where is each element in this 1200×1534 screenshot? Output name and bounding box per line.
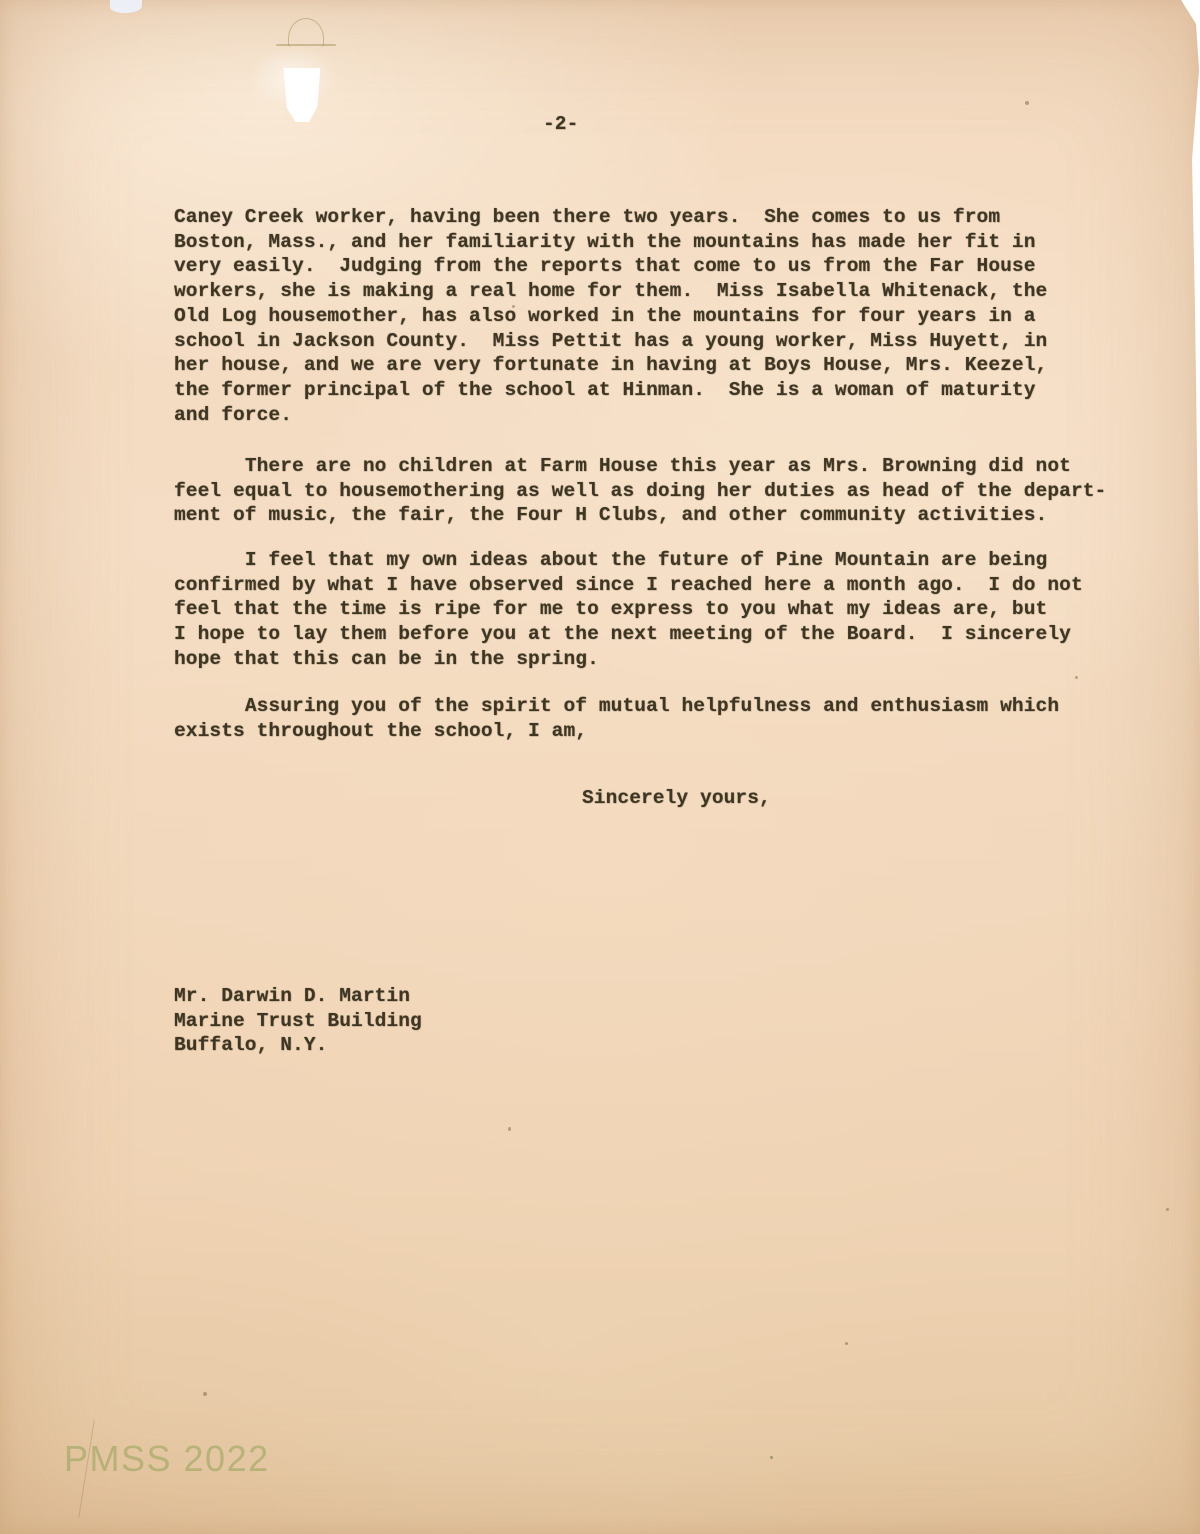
stain-baseline-artifact <box>276 44 336 46</box>
paper-speck <box>770 1456 773 1459</box>
letter-closing: Sincerely yours, <box>582 786 771 811</box>
paper-speck <box>1075 676 1078 679</box>
recipient-address: Mr. Darwin D. Martin Marine Trust Buildi… <box>174 984 422 1058</box>
paper-speck <box>845 1342 848 1345</box>
letter-paragraph-3: I feel that my own ideas about the futur… <box>174 548 1114 672</box>
scanned-letter-page: -2- Caney Creek worker, having been ther… <box>0 0 1200 1534</box>
paper-speck <box>203 1392 207 1396</box>
letter-paragraph-2: There are no children at Farm House this… <box>174 454 1114 528</box>
paper-speck <box>1166 1208 1169 1211</box>
paper-speck <box>508 1127 511 1131</box>
paper-speck <box>1025 101 1029 105</box>
letter-paragraph-4: Assuring you of the spirit of mutual hel… <box>174 694 1114 743</box>
page-number: -2- <box>543 112 578 137</box>
letter-paragraph-1: Caney Creek worker, having been there tw… <box>174 205 1114 427</box>
archive-watermark: PMSS 2022 <box>64 1438 270 1480</box>
